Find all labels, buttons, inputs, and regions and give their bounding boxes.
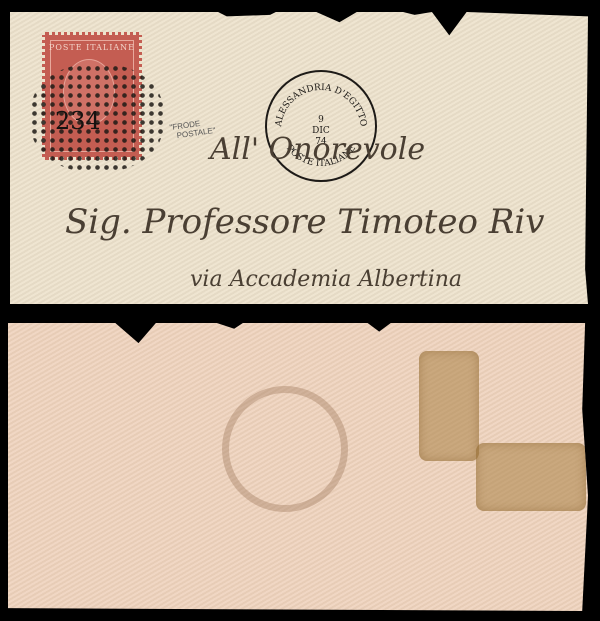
cancel-number: 234 — [55, 107, 101, 135]
stain-horizontal — [476, 443, 586, 511]
back-datestamp — [222, 386, 348, 512]
cover-front: POSTE ITALIANE 234 ALESSANDRIA D'EGITTO … — [10, 12, 588, 304]
address-line-3: via Accademia Albertina — [190, 267, 462, 292]
address-line-1: All' Onorevole — [210, 132, 425, 167]
stain-vertical — [419, 351, 479, 461]
stamp-text: POSTE ITALIANE — [45, 43, 139, 52]
address-line-2: Sig. Professore Timoteo Riv — [65, 202, 544, 242]
cover-back — [8, 323, 588, 611]
svg-text:9: 9 — [318, 115, 324, 125]
